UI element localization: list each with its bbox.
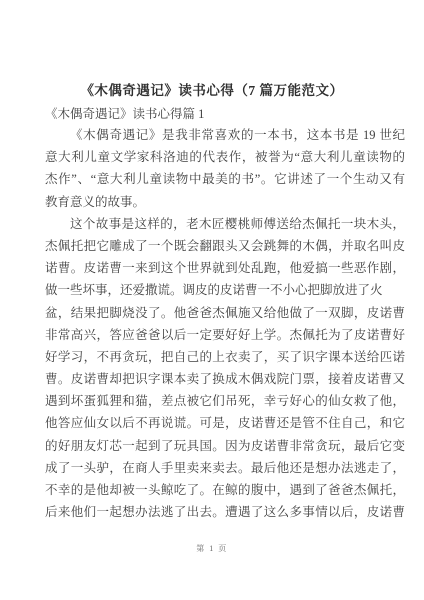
body-line: 教育意义的故事。 bbox=[45, 191, 405, 213]
body-line: 成了一头驴，在商人手里卖来卖去。最后他还是想办法逃走了， bbox=[45, 457, 405, 479]
body-text-block: 《木偶奇遇记》是我非常喜欢的一本书，这本书是 19 世纪 意大利儿童文学家科洛迪… bbox=[45, 124, 405, 523]
body-line: 好学习，不再贪玩，把自己的上衣卖了，买了识字课本送给匹诺 bbox=[45, 346, 405, 368]
body-line: 他答应仙女以后不再说谎。可是，皮诺曹还是管不住自己，和它 bbox=[45, 412, 405, 434]
body-line: 的好朋友灯芯一起到了玩具国。因为皮诺曹非常贪玩，最后它变 bbox=[45, 435, 405, 457]
body-line: 遇到坏蛋狐狸和猫，差点被它们吊死，幸亏好心的仙女救了他， bbox=[45, 390, 405, 412]
document-title: 《木偶奇遇记》读书心得（7 篇万能范文） bbox=[0, 82, 424, 100]
body-line: 盆，结果把脚烧没了。他爸爸杰佩施又给他做了一双脚，皮诺曹 bbox=[45, 302, 405, 324]
body-line: 意大利儿童文学家科洛迪的代表作，被誉为“意大利儿童读物的 bbox=[45, 146, 405, 168]
body-line: 不幸的是他却被一头鲸吃了。在鲸的腹中，遇到了爸爸杰佩托， bbox=[45, 479, 405, 501]
body-line: 杰佩托把它雕成了一个既会翻跟头又会跳舞的木偶，并取名叫皮 bbox=[45, 235, 405, 257]
section-heading: 《木偶奇遇记》读书心得篇 1 bbox=[45, 105, 405, 123]
body-line: 曹。皮诺曹却把识字课本卖了换成木偶戏院门票，接着皮诺曹又 bbox=[45, 368, 405, 390]
body-line: 这个故事是这样的，老木匠樱桃师傅送给杰佩托一块木头， bbox=[45, 213, 405, 235]
body-line: 杰作”、“意大利儿童读物中最美的书”。它讲述了一个生动又有 bbox=[45, 168, 405, 190]
body-line: 非常高兴，答应爸爸以后一定要好好上学。杰佩托为了皮诺曹好 bbox=[45, 324, 405, 346]
body-line: 后来他们一起想办法逃了出去。遭遇了这么多事情以后，皮诺曹 bbox=[45, 501, 405, 523]
body-line: 诺曹。皮诺曹一来到这个世界就到处乱跑，他爱搞一些恶作剧， bbox=[45, 257, 405, 279]
body-line: 做一些坏事，还爱撒谎。调皮的皮诺曹一不小心把脚放进了火 bbox=[45, 279, 405, 301]
page-number-footer: 第 1 页 bbox=[0, 543, 424, 554]
document-page: 《木偶奇遇记》读书心得（7 篇万能范文） 《木偶奇遇记》读书心得篇 1 《木偶奇… bbox=[0, 0, 424, 600]
body-line: 《木偶奇遇记》是我非常喜欢的一本书，这本书是 19 世纪 bbox=[45, 124, 405, 146]
